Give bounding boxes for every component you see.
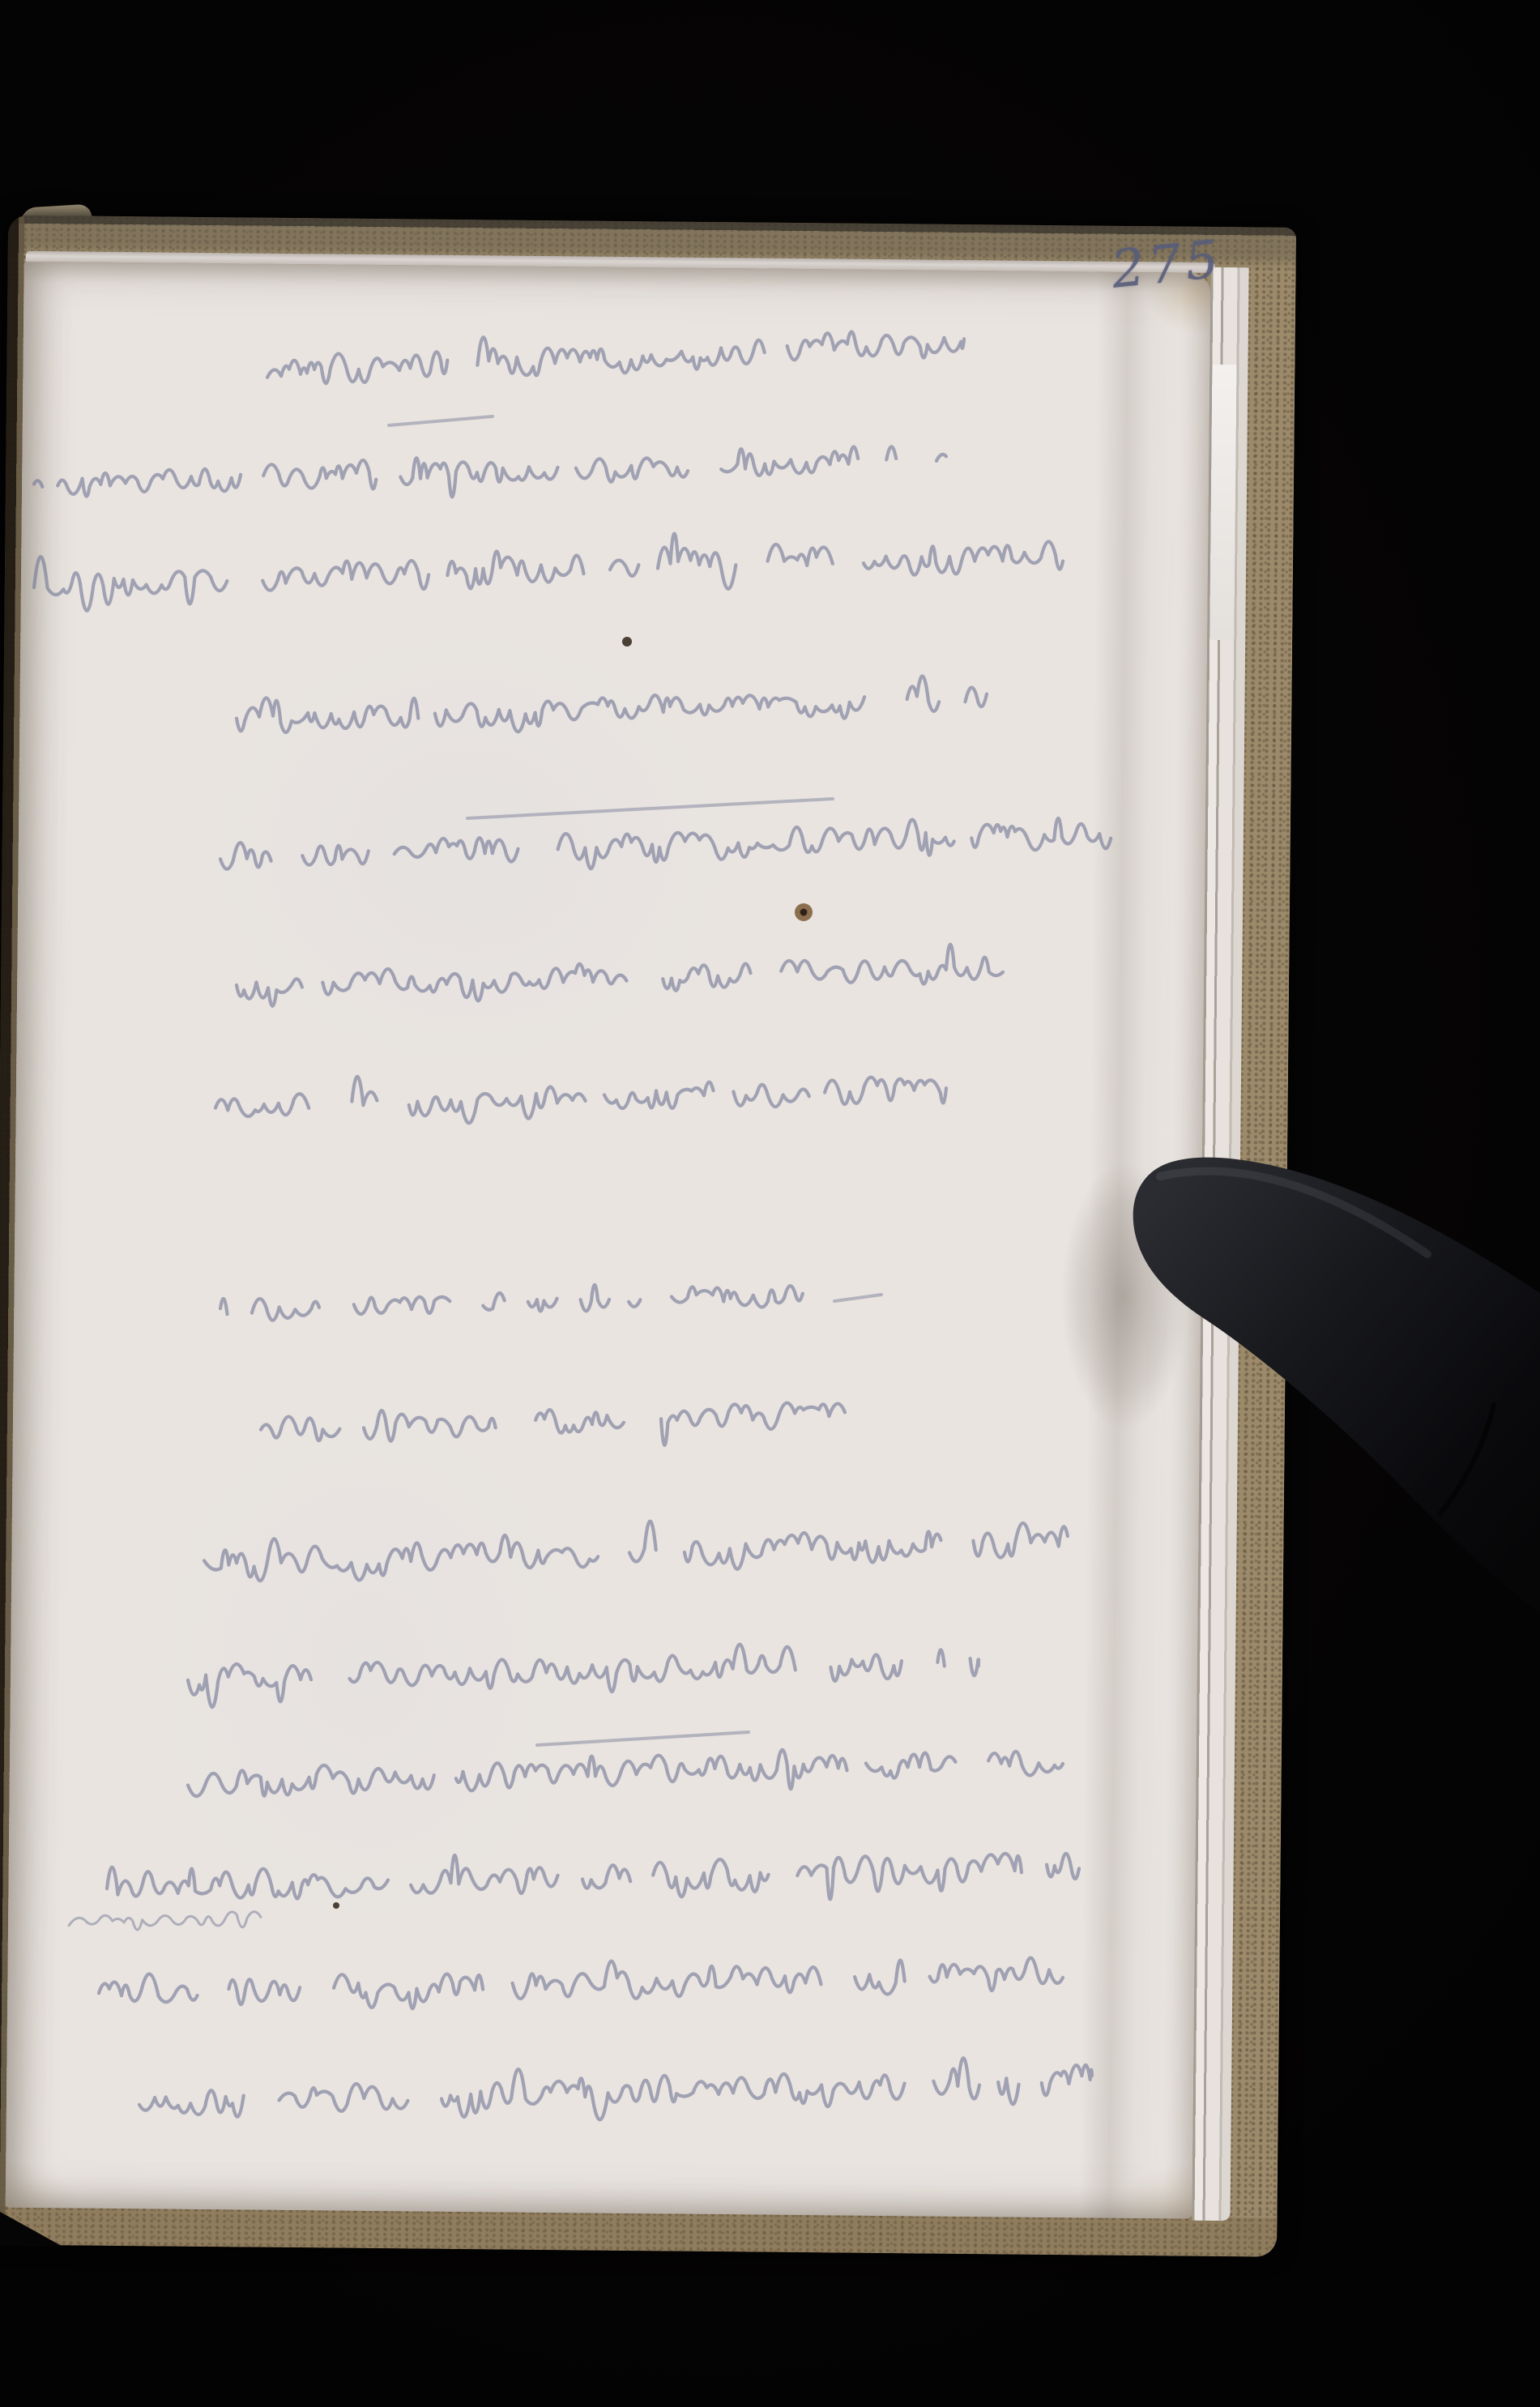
- finger-silhouette: [1133, 1158, 1540, 1612]
- gloved-finger: [0, 0, 1540, 2407]
- photo-stage: 275: [0, 0, 1540, 2407]
